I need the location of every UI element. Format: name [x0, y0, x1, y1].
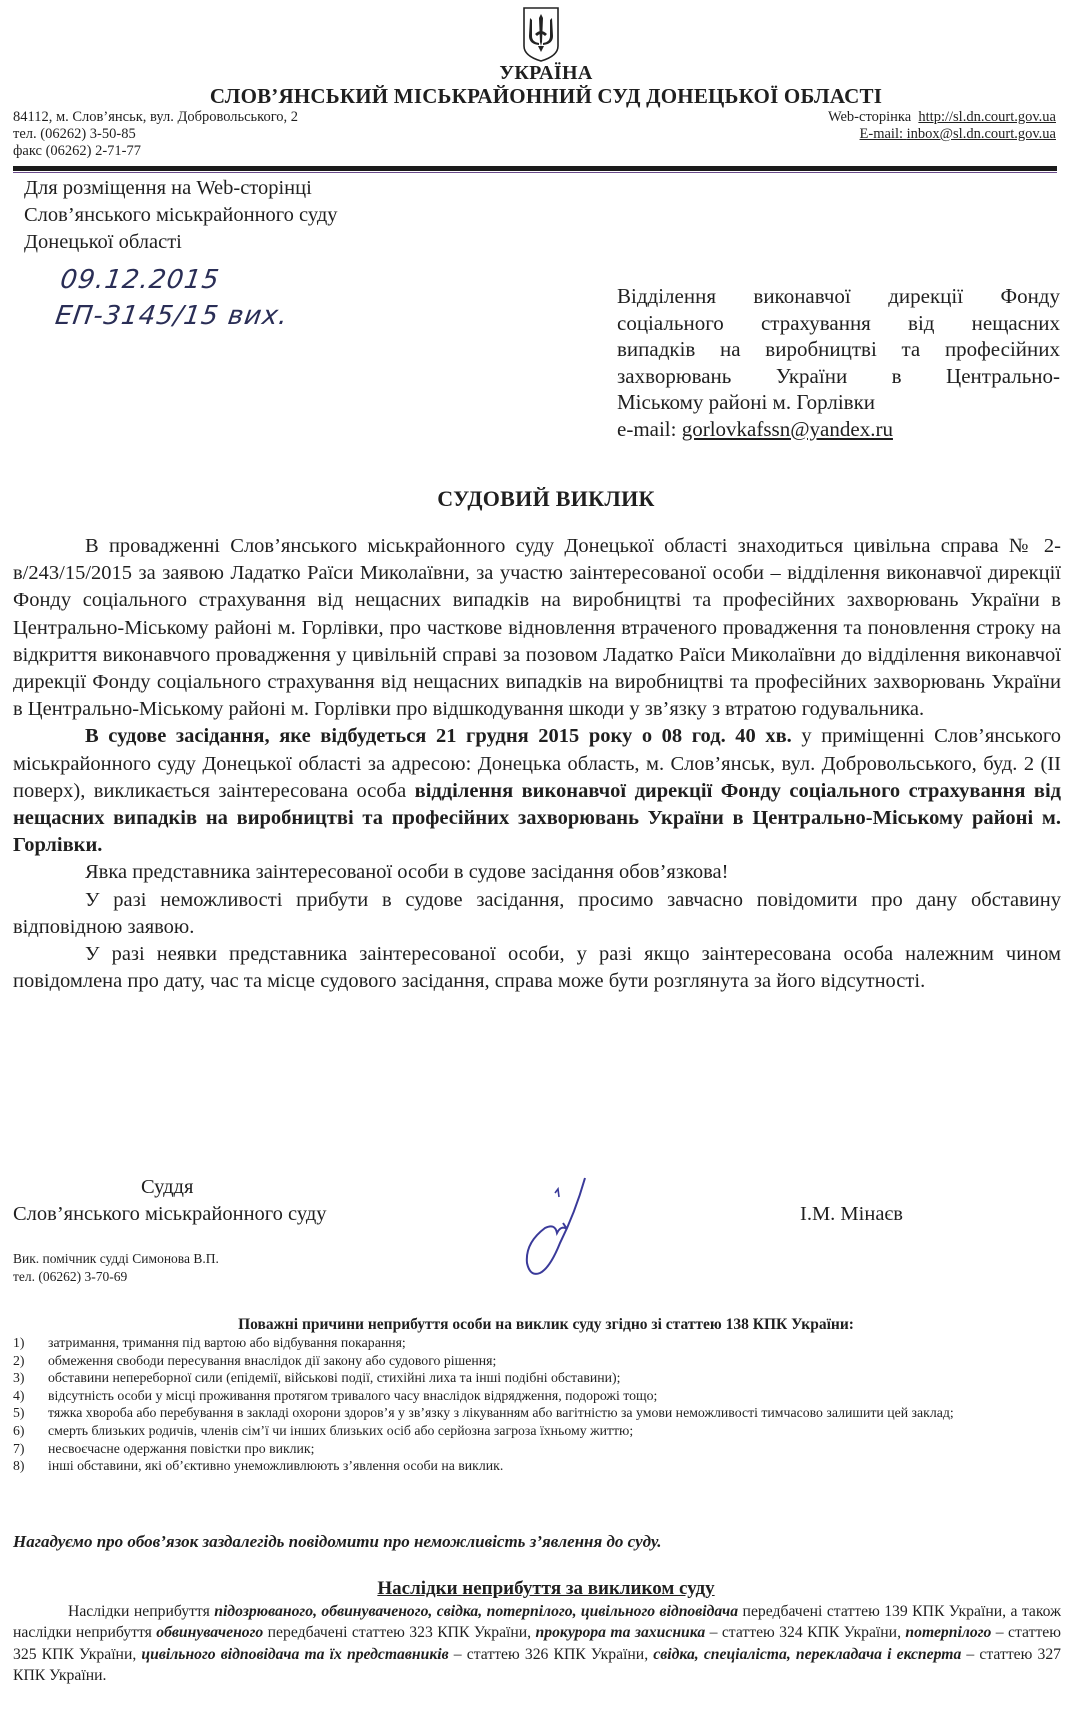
valid-reasons-heading: Поважні причини неприбуття особи на викл… [0, 1316, 1092, 1334]
assistant-phone: тел. (06262) 3-70-69 [13, 1268, 219, 1286]
judge-name: І.М. Мінаєв [800, 1203, 903, 1226]
document-title: СУДОВИЙ ВИКЛИК [0, 486, 1092, 512]
addressee-line: Міському районі м. Горлівки [617, 389, 1060, 416]
court-website-row: Web-сторінка http://sl.dn.court.gov.ua [828, 109, 1056, 126]
handwritten-signature-icon [505, 1173, 625, 1283]
reminder-note: Нагадуємо про обов’язок заздалегідь пові… [13, 1532, 662, 1552]
ukraine-trident-emblem-icon [521, 6, 561, 62]
handwritten-date: 09.12.2015 [58, 262, 296, 298]
body-paragraph-attendance: Явка представника заінтересованої особи … [13, 859, 1061, 886]
assistant-contact: Вик. помічник судді Симонова В.П. тел. (… [13, 1250, 219, 1286]
addressee-line: захворювань України в Центрально- [617, 363, 1060, 390]
header-divider-thin [13, 172, 1057, 173]
body-paragraph-hearing: В судове засідання, яке відбудеться 21 г… [13, 723, 1061, 859]
header-divider [13, 166, 1057, 171]
list-item: 1)затримання, тримання під вартою або ві… [13, 1334, 1061, 1352]
list-item: 7)несвоєчасне одержання повістки про вик… [13, 1440, 1061, 1458]
addressee-block: Відділення виконавчої дирекції Фонду соц… [617, 283, 1060, 442]
list-item: 5)тяжка хвороба або перебування в заклад… [13, 1404, 1061, 1422]
placement-note-line: Слов’янського міськрайонного суду [24, 202, 338, 229]
country-heading: УКРАЇНА [0, 62, 1092, 85]
list-item: 3)обставини непереборної сили (епідемії,… [13, 1369, 1061, 1387]
list-item: 6)смерть близьких родичів, членів сім’ї … [13, 1422, 1061, 1440]
assistant-name: Вик. помічник судді Симонова В.П. [13, 1250, 219, 1268]
hearing-datetime: В судове засідання, яке відбудеться 21 г… [85, 725, 792, 747]
court-contacts-left: 84112, м. Слов’янськ, вул. Добровольсько… [13, 109, 298, 160]
consequences-text: Наслідки неприбуття підозрюваного, обвин… [13, 1601, 1061, 1686]
placement-note-line: Донецької області [24, 229, 338, 256]
addressee-email-row: e-mail: gorlovkafssn@yandex.ru [617, 416, 1060, 443]
signatory-court: Слов’янського міськрайонного суду [13, 1203, 327, 1226]
list-item: 4)відсутність особи у місці проживання п… [13, 1387, 1061, 1405]
body-paragraph-case: В провадженні Слов’янського міськрайонно… [13, 533, 1061, 723]
list-item: 2)обмеження свободи пересування внаслідо… [13, 1352, 1061, 1370]
list-item: 8)інші обставини, які об’єктивно унеможл… [13, 1457, 1061, 1475]
handwritten-registration: 09.12.2015 ЕП-3145/15 вих. [53, 262, 296, 334]
court-name-heading: СЛОВ’ЯНСЬКИЙ МІСЬКРАЙОННИЙ СУД ДОНЕЦЬКОЇ… [0, 84, 1092, 109]
consequences-heading: Наслідки неприбуття за викликом суду [0, 1578, 1092, 1600]
addressee-line: випадків на виробництві та професійних [617, 336, 1060, 363]
valid-reasons-list: 1)затримання, тримання під вартою або ві… [13, 1334, 1061, 1475]
court-fax: факс (06262) 2-71-77 [13, 143, 298, 160]
consequences-paragraph: Наслідки неприбуття підозрюваного, обвин… [13, 1601, 1061, 1686]
court-website-link[interactable]: http://sl.dn.court.gov.ua [918, 109, 1056, 125]
court-email-link[interactable]: E-mail: inbox@sl.dn.court.gov.ua [860, 126, 1056, 142]
court-phone: тел. (06262) 3-50-85 [13, 126, 298, 143]
court-email-row: E-mail: inbox@sl.dn.court.gov.ua [828, 126, 1056, 143]
addressee-line: Відділення виконавчої дирекції Фонду [617, 283, 1060, 310]
summons-body: В провадженні Слов’янського міськрайонно… [13, 533, 1061, 995]
signatory-title: Суддя [141, 1176, 193, 1199]
addressee-email-label: e-mail: [617, 417, 676, 441]
handwritten-outgoing-number: ЕП-3145/15 вих. [53, 298, 291, 334]
court-summons-document: УКРАЇНА СЛОВ’ЯНСЬКИЙ МІСЬКРАЙОННИЙ СУД Д… [0, 0, 1092, 1714]
court-address: 84112, м. Слов’янськ, вул. Добровольсько… [13, 109, 298, 126]
addressee-line: соціального страхування від нещасних [617, 310, 1060, 337]
placement-note-line: Для розміщення на Web-сторінці [24, 175, 338, 202]
body-paragraph-absence: У разі неявки представника заінтересован… [13, 941, 1061, 995]
website-label: Web-сторінка [828, 109, 911, 125]
body-paragraph-notice: У разі неможливості прибути в судове зас… [13, 887, 1061, 941]
court-contacts-right: Web-сторінка http://sl.dn.court.gov.ua E… [828, 109, 1056, 143]
placement-note: Для розміщення на Web-сторінці Слов’янсь… [24, 175, 338, 256]
addressee-email-link[interactable]: gorlovkafssn@yandex.ru [682, 417, 893, 441]
